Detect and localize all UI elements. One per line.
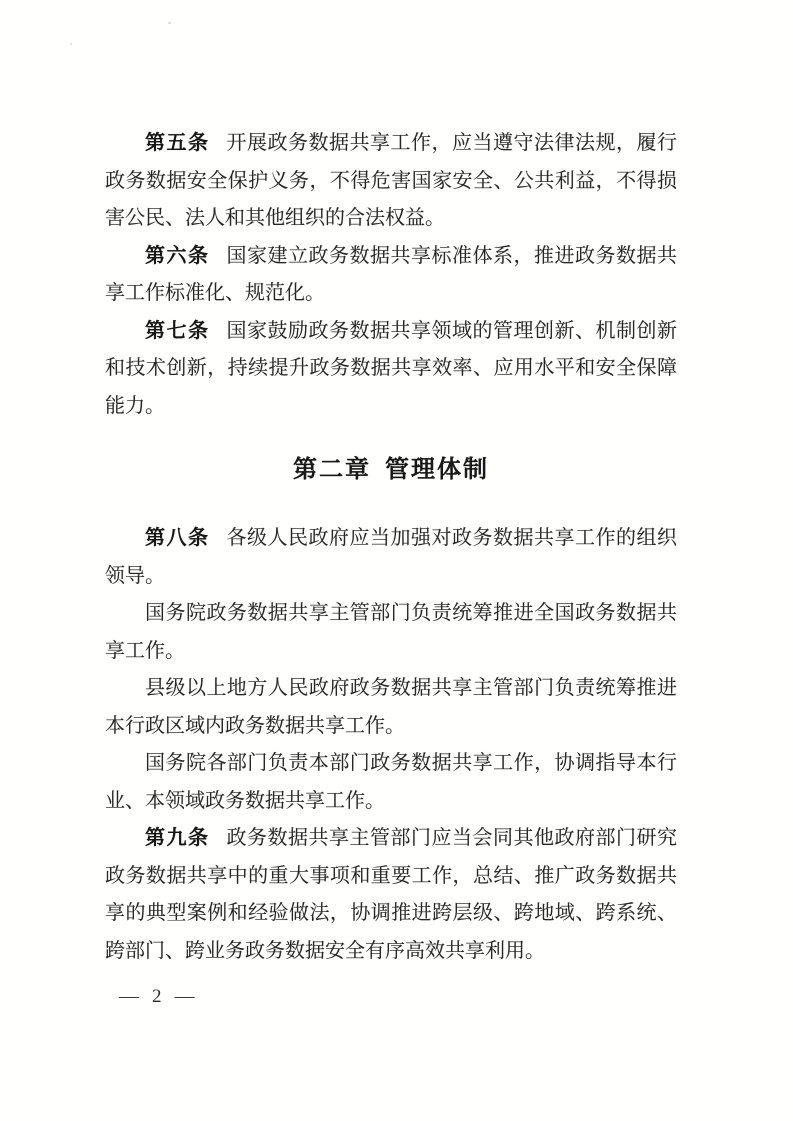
article-6-paragraph: 第六条国家建立政务数据共享标准体系，推进政务数据共享工作标准化、规范化。 [105,238,677,313]
chapter-title: 管理体制 [385,456,489,483]
article-8-number: 第八条 [145,527,210,549]
article-8-clause-3: 县级以上地方人民政府政务数据共享主管部门负责统筹推进本行政区域内政务数据共享工作… [105,670,677,745]
chapter-number: 第二章 [293,456,371,483]
article-8-clause-2: 国务院政务数据共享主管部门负责统筹推进全国政务数据共享工作。 [105,595,677,670]
article-9-paragraph: 第九条政务数据共享主管部门应当会同其他政府部门研究政务数据共享中的重大事项和重要… [105,820,677,970]
article-8-clause-2-text: 国务院政务数据共享主管部门负责统筹推进全国政务数据共享工作。 [105,602,677,662]
scan-speck [70,43,72,45]
footer-left-dash: — [119,985,139,1007]
chapter-2-heading: 第二章管理体制 [105,453,677,487]
article-8-clause-4-text: 国务院各部门负责本部门政务数据共享工作，协调指导本行业、本领域政务数据共享工作。 [105,752,677,812]
article-8-clause-3-text: 县级以上地方人民政府政务数据共享主管部门负责统筹推进本行政区域内政务数据共享工作… [105,677,677,737]
article-7-number: 第七条 [145,320,210,342]
article-6-number: 第六条 [145,245,210,267]
page-number: 2 [152,983,162,1011]
article-8-paragraph: 第八条各级人民政府应当加强对政务数据共享工作的组织领导。 [105,520,677,595]
footer-right-dash: — [175,985,195,1007]
article-5-paragraph: 第五条开展政务数据共享工作，应当遵守法律法规，履行政务数据安全保护义务，不得危害… [105,125,677,238]
scan-speck [168,22,171,24]
article-7-paragraph: 第七条国家鼓励政务数据共享领域的管理创新、机制创新和技术创新，持续提升政务数据共… [105,313,677,426]
article-9-number: 第九条 [145,827,210,849]
document-text-area: 第五条开展政务数据共享工作，应当遵守法律法规，履行政务数据安全保护义务，不得危害… [105,125,677,1011]
article-5-number: 第五条 [145,132,210,154]
page-footer: —2— [119,982,677,1011]
article-8-clause-4: 国务院各部门负责本部门政务数据共享工作，协调指导本行业、本领域政务数据共享工作。 [105,745,677,820]
scanned-document-page: 第五条开展政务数据共享工作，应当遵守法律法规，履行政务数据安全保护义务，不得危害… [0,0,793,1121]
